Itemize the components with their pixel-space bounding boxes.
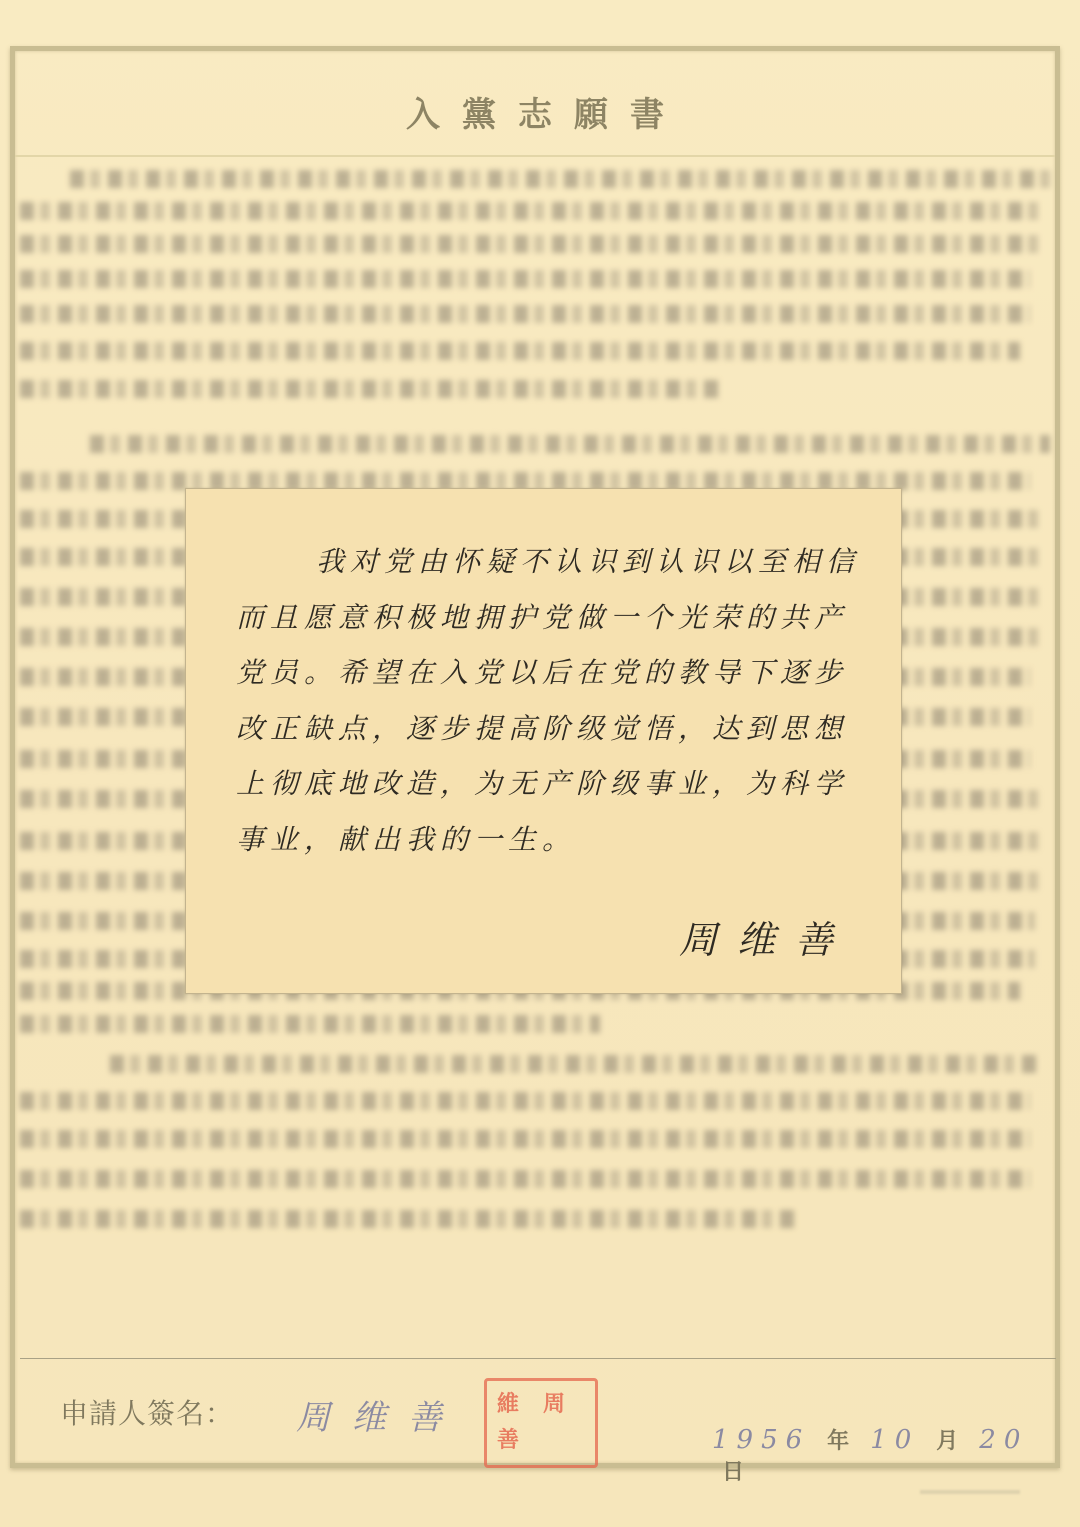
date-year: 1956 (712, 1425, 810, 1455)
document-title: 入黨志願書 (15, 87, 1055, 136)
date-month: 10 (870, 1425, 919, 1455)
application-date: 1956 年 10 月 20 日 (712, 1424, 1080, 1486)
applicant-signature: 周维善 (296, 1390, 464, 1439)
signature-divider (20, 1358, 1056, 1359)
page-mark (920, 1490, 1020, 1494)
seal-char: 善 (497, 1423, 519, 1454)
seal-char: 周 (543, 1387, 565, 1418)
handwritten-letter-card: 我对党由怀疑不认识到认识以至相信而且愿意积极地拥护党做一个光荣的共产党员。希望在… (185, 488, 902, 994)
letter-body: 我对党由怀疑不认识到认识以至相信而且愿意积极地拥护党做一个光荣的共产党员。希望在… (236, 534, 866, 867)
date-day-unit: 日 (722, 1459, 744, 1485)
letter-signature: 周维善 (679, 909, 853, 964)
date-year-unit: 年 (827, 1428, 849, 1454)
title-row: 入黨志願書 (15, 51, 1055, 157)
red-seal-stamp: 維 周 善 (484, 1378, 598, 1468)
seal-char: 維 (497, 1387, 519, 1418)
applicant-signature-label: 申請人簽名： (60, 1392, 234, 1432)
date-month-unit: 月 (936, 1428, 958, 1454)
date-day: 20 (979, 1425, 1028, 1455)
